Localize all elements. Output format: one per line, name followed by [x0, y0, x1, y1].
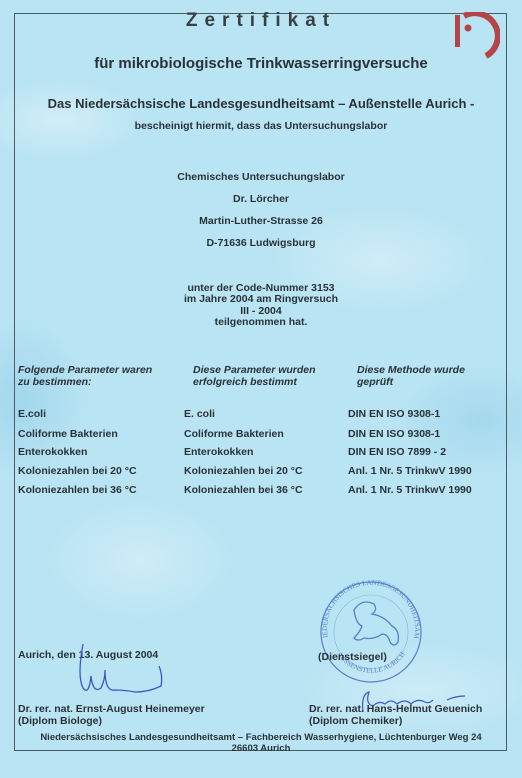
parameter-method: Anl. 1 Nr. 5 TrinkwV 1990 — [348, 465, 472, 477]
seal-label: (Dienstsiegel) — [318, 651, 387, 663]
column-header-determined: Diese Parameter wurdenerfolgreich bestim… — [193, 364, 316, 388]
lab-name: Chemisches Untersuchungslabor — [0, 171, 522, 183]
signatory-title: (Diplom Chemiker) — [309, 715, 482, 727]
svg-text:NIEDERSÄCHSISCHES LANDESGESUND: NIEDERSÄCHSISCHES LANDESGESUNDHEITSAMT — [314, 580, 421, 640]
footer-city: 26603 Aurich — [0, 743, 522, 754]
parameter-determined: E. coli — [184, 408, 215, 420]
lab-city: D-71636 Ludwigsburg — [0, 237, 522, 249]
official-seal-icon: NIEDERSÄCHSISCHES LANDESGESUNDHEITSAMT A… — [314, 580, 428, 684]
parameter-required: E.coli — [18, 408, 46, 420]
parameter-method: DIN EN ISO 9308-1 — [348, 428, 440, 440]
parameter-determined: Enterokokken — [184, 446, 253, 458]
signature-heinemeyer-icon — [75, 636, 167, 698]
lab-street: Martin-Luther-Strasse 26 — [0, 215, 522, 227]
signatory-left: Dr. rer. nat. Ernst-August Heinemeyer (D… — [18, 703, 205, 727]
certificate-subtitle: für mikrobiologische Trinkwasserringvers… — [0, 55, 522, 72]
parameter-determined: Koloniezahlen bei 20 °C — [184, 465, 303, 477]
column-header-required: Folgende Parameter warenzu bestimmen: — [18, 364, 152, 388]
parameter-required: Koloniezahlen bei 20 °C — [18, 465, 137, 477]
ringversuch-year: im Jahre 2004 am Ringversuch — [0, 294, 522, 305]
signatory-name: Dr. rer. nat. Ernst-August Heinemeyer — [18, 703, 205, 715]
parameter-determined: Coliforme Bakterien — [184, 428, 284, 440]
column-header-method: Diese Methode wurdegeprüft — [357, 364, 465, 388]
certifies-text: bescheinigt hiermit, dass das Untersuchu… — [0, 120, 522, 132]
signatory-right: Dr. rer. nat. Hans-Helmut Geuenich (Dipl… — [309, 703, 482, 727]
signatory-name: Dr. rer. nat. Hans-Helmut Geuenich — [309, 703, 482, 715]
issuer: Das Niedersächsische Landesgesundheitsam… — [0, 96, 522, 111]
parameter-required: Enterokokken — [18, 446, 87, 458]
parameter-method: Anl. 1 Nr. 5 TrinkwV 1990 — [348, 484, 472, 496]
certificate-title: Zertifikat — [0, 10, 522, 32]
parameter-required: Koloniezahlen bei 36 °C — [18, 484, 137, 496]
parameter-method: DIN EN ISO 9308-1 — [348, 408, 440, 420]
footer-address: Niedersächsisches Landesgesundheitsamt –… — [0, 732, 522, 743]
parameter-method: DIN EN ISO 7899 - 2 — [348, 446, 446, 458]
code-number: unter der Code-Nummer 3153 — [0, 283, 522, 294]
ringversuch-round: III - 2004 — [0, 306, 522, 317]
footer: Niedersächsisches Landesgesundheitsamt –… — [0, 732, 522, 754]
parameter-determined: Koloniezahlen bei 36 °C — [184, 484, 303, 496]
parameter-required: Coliforme Bakterien — [18, 428, 118, 440]
participation-text: teilgenommen hat. — [0, 317, 522, 328]
signatory-title: (Diplom Biologe) — [18, 715, 205, 727]
lab-owner: Dr. Lörcher — [0, 193, 522, 205]
